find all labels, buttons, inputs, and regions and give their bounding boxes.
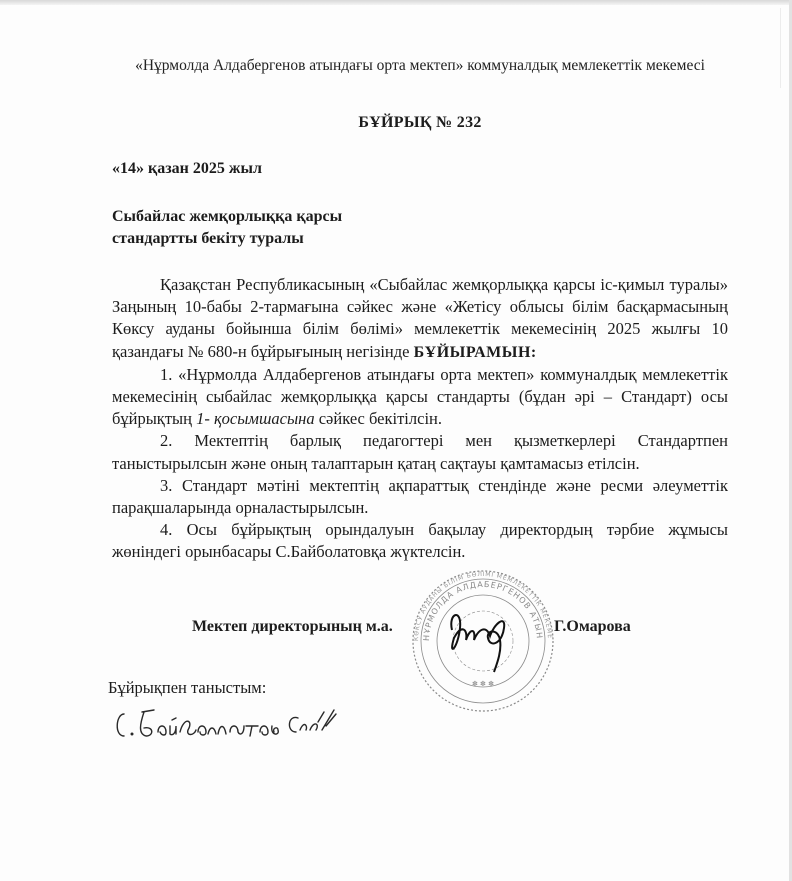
subject-line-1: Сыбайлас жемқорлыққа қарсы [112, 206, 728, 228]
signatory-title: Мектеп директорының м.а. [192, 618, 393, 636]
scan-artifact-line [780, 8, 781, 88]
document-page: «Нұрмолда Алдабергенов атындағы орта мек… [112, 56, 728, 564]
order-subject: Сыбайлас жемқорлыққа қарсы стандартты бе… [112, 206, 728, 250]
order-date: «14» қазан 2025 жыл [112, 160, 728, 178]
order-items: 1. «Нұрмолда Алдабергенов атындағы орта … [112, 364, 728, 564]
order-body: Қазақстан Республикасының «Сыбайлас жемқ… [112, 274, 728, 564]
order-item-1: 1. «Нұрмолда Алдабергенов атындағы орта … [112, 364, 728, 431]
appendix-reference: 1- қосымшасына [196, 409, 315, 428]
order-item-1-tail: сәйкес бекітілсін. [315, 409, 442, 428]
order-item-4: 4. Осы бұйрықтың орындалуын бақылау дире… [112, 519, 728, 563]
order-item-3: 3. Стандарт мәтіні мектептің ақпараттық … [112, 475, 728, 519]
official-stamp-icon: НҰРМОЛДА АЛДАБЕРГЕНОВ АТЫНДАҒЫ КӨКСУ АУД… [410, 568, 556, 714]
preamble: Қазақстан Республикасының «Сыбайлас жемқ… [112, 274, 728, 364]
svg-text:✽ ✽ ✽: ✽ ✽ ✽ [472, 680, 494, 688]
organization-header: «Нұрмолда Алдабергенов атындағы орта мек… [112, 56, 728, 76]
signatory-name: Г.Омарова [554, 618, 631, 636]
director-signature [451, 615, 504, 672]
ordered-word: БҰЙЫРАМЫН: [414, 344, 537, 361]
order-item-2: 2. Мектептің барлық педагогтері мен қызм… [112, 430, 728, 474]
order-title: БҰЙРЫҚ № 232 [112, 114, 728, 132]
subject-line-2: стандартты бекіту туралы [112, 228, 728, 250]
acknowledged-label: Бұйрықпен таныстым: [108, 678, 266, 698]
page-top-edge [0, 0, 792, 5]
handwritten-acknowledgement-icon [108, 696, 348, 744]
